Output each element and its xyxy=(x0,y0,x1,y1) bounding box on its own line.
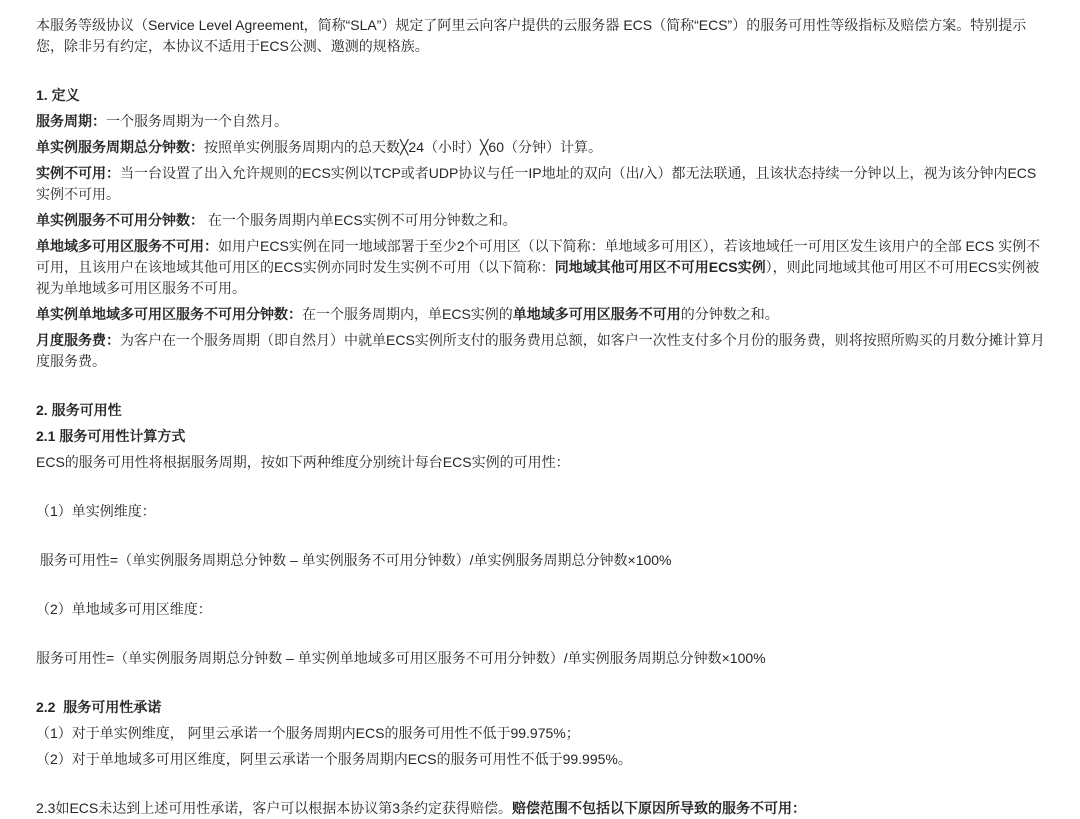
bold-term: 2.1 服务可用性计算方式 xyxy=(36,428,185,444)
section-heading: 2. 服务可用性 xyxy=(36,400,1046,421)
text-run: 一个服务周期为一个自然月。 xyxy=(106,113,288,129)
bold-term: 单实例服务不可用分钟数： xyxy=(36,212,204,228)
paragraph: （2）对于单地域多可用区维度，阿里云承诺一个服务周期内ECS的服务可用性不低于9… xyxy=(36,749,1046,770)
bold-term: 单地域多可用区服务不可用 xyxy=(513,306,681,322)
bold-term: 实例不可用： xyxy=(36,165,120,181)
text-run: 在一个服务周期内单ECS实例不可用分钟数之和。 xyxy=(204,212,517,228)
paragraph: 本服务等级协议（Service Level Agreement，简称“SLA”）… xyxy=(36,15,1046,57)
paragraph: 月度服务费：为客户在一个服务周期（即自然月）中就单ECS实例所支付的服务费用总额… xyxy=(36,330,1046,372)
subsection-heading: 2.1 服务可用性计算方式 xyxy=(36,426,1046,447)
text-run: 2.3如ECS未达到上述可用性承诺，客户可以根据本协议第3条约定获得赔偿。 xyxy=(36,800,512,816)
sla-document: 本服务等级协议（Service Level Agreement，简称“SLA”）… xyxy=(0,0,1080,819)
text-run: ECS的服务可用性将根据服务周期，按如下两种维度分别统计每台ECS实例的可用性： xyxy=(36,454,570,470)
formula-line: 服务可用性=（单实例服务周期总分钟数 – 单实例单地域多可用区服务不可用分钟数）… xyxy=(36,648,1046,669)
paragraph: 单实例单地域多可用区服务不可用分钟数：在一个服务周期内，单ECS实例的单地域多可… xyxy=(36,304,1046,325)
text-run: 的分钟数之和。 xyxy=(681,306,779,322)
bold-term: 2. 服务可用性 xyxy=(36,402,122,418)
paragraph: 服务周期：一个服务周期为一个自然月。 xyxy=(36,111,1046,132)
bold-term: 同地域其他可用区不可用ECS实例 xyxy=(555,259,766,275)
bold-term: 赔偿范围不包括以下原因所导致的服务不可用： xyxy=(512,800,806,816)
text-run: 服务可用性=（单实例服务周期总分钟数 – 单实例服务不可用分钟数）/单实例服务周… xyxy=(36,552,672,568)
paragraph: 单地域多可用区服务不可用：如用户ECS实例在同一地域部署于至少2个可用区（以下简… xyxy=(36,236,1046,299)
text-run: （1）对于单实例维度， 阿里云承诺一个服务周期内ECS的服务可用性不低于99.9… xyxy=(36,725,580,741)
paragraph: （2）单地域多可用区维度： xyxy=(36,599,1046,620)
bold-term: 1. 定义 xyxy=(36,87,80,103)
text-run: 为客户在一个服务周期（即自然月）中就单ECS实例所支付的服务费用总额，如客户一次… xyxy=(36,332,1045,369)
paragraph: （1）单实例维度： xyxy=(36,501,1046,522)
text-run: 服务可用性=（单实例服务周期总分钟数 – 单实例单地域多可用区服务不可用分钟数）… xyxy=(36,650,766,666)
paragraph: 单实例服务不可用分钟数： 在一个服务周期内单ECS实例不可用分钟数之和。 xyxy=(36,210,1046,231)
bold-term: 2.2 服务可用性承诺 xyxy=(36,699,161,715)
bold-term: 单实例单地域多可用区服务不可用分钟数： xyxy=(36,306,302,322)
paragraph: 实例不可用：当一台设置了出入允许规则的ECS实例以TCP或者UDP协议与任一IP… xyxy=(36,163,1046,205)
paragraph: ECS的服务可用性将根据服务周期，按如下两种维度分别统计每台ECS实例的可用性： xyxy=(36,452,1046,473)
text-run: 当一台设置了出入允许规则的ECS实例以TCP或者UDP协议与任一IP地址的双向（… xyxy=(36,165,1036,202)
bold-term: 单地域多可用区服务不可用： xyxy=(36,238,218,254)
bold-term: 月度服务费： xyxy=(36,332,120,348)
section-heading: 1. 定义 xyxy=(36,85,1046,106)
paragraph: 单实例服务周期总分钟数：按照单实例服务周期内的总天数╳24（小时）╳60（分钟）… xyxy=(36,137,1046,158)
text-run: 在一个服务周期内，单ECS实例的 xyxy=(302,306,513,322)
text-run: （2）单地域多可用区维度： xyxy=(36,601,212,617)
bold-term: 服务周期： xyxy=(36,113,106,129)
text-run: （1）单实例维度： xyxy=(36,503,156,519)
text-run: 按照单实例服务周期内的总天数╳24（小时）╳60（分钟）计算。 xyxy=(204,139,602,155)
paragraph: 2.3如ECS未达到上述可用性承诺，客户可以根据本协议第3条约定获得赔偿。赔偿范… xyxy=(36,798,1046,819)
paragraph: （1）对于单实例维度， 阿里云承诺一个服务周期内ECS的服务可用性不低于99.9… xyxy=(36,723,1046,744)
text-run: 本服务等级协议（Service Level Agreement，简称“SLA”）… xyxy=(36,17,1026,54)
text-run: （2）对于单地域多可用区维度，阿里云承诺一个服务周期内ECS的服务可用性不低于9… xyxy=(36,751,632,767)
formula-line: 服务可用性=（单实例服务周期总分钟数 – 单实例服务不可用分钟数）/单实例服务周… xyxy=(36,550,1046,571)
bold-term: 单实例服务周期总分钟数： xyxy=(36,139,204,155)
subsection-heading: 2.2 服务可用性承诺 xyxy=(36,697,1046,718)
